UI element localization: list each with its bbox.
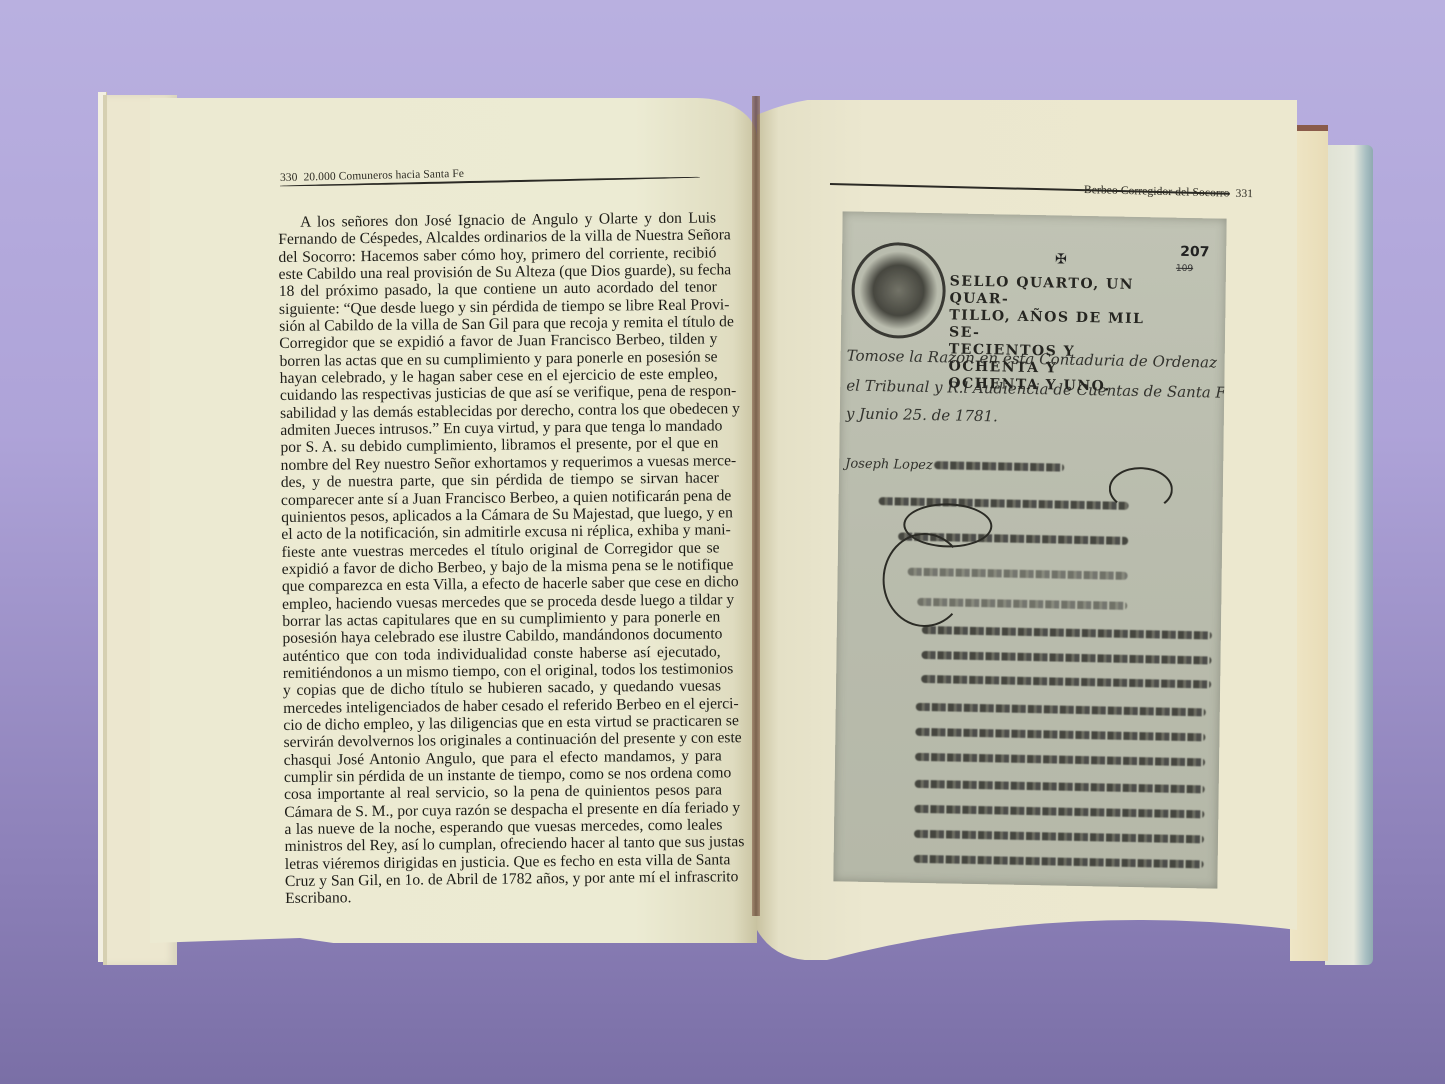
handwritten-signature: Joseph Lopez (845, 456, 933, 473)
folio-number: 207 (1180, 244, 1209, 261)
struck-line (934, 461, 1064, 471)
struck-line (921, 675, 1211, 689)
handwritten-line: y Junio 25. de 1781. (846, 404, 998, 425)
struck-line (915, 728, 1205, 742)
struck-line (921, 651, 1211, 665)
seal-text-line: SELLO QUARTO, UN QUAR- (949, 273, 1169, 311)
manuscript-facsimile-plate: ✠ 207 109 SELLO QUARTO, UN QUAR- TILLO, … (833, 211, 1226, 888)
struck-line (914, 855, 1204, 869)
seal-text-line: TILLO, AÑOS DE MIL SE- (949, 307, 1169, 345)
struck-line (922, 626, 1212, 640)
left-body-text: A los señores don José Ignacio de Angulo… (278, 209, 723, 907)
open-book: 330 20.000 Comuneros hacia Santa Fe A lo… (0, 0, 1445, 1084)
book-gutter (752, 96, 760, 916)
cover-board-right (1325, 145, 1373, 965)
royal-seal-stamp-icon (851, 242, 946, 340)
struck-line (915, 753, 1205, 767)
handwritten-line: el Tribunal y R.l Audiencia de Cuentas d… (846, 376, 1226, 401)
cross-icon: ✠ (1055, 251, 1067, 268)
signature-flourish-icon (1109, 467, 1174, 512)
struck-line (916, 703, 1206, 717)
struck-line (915, 780, 1205, 794)
folio-number-crossed: 109 (1176, 264, 1193, 274)
signature-flourish-icon (882, 532, 967, 628)
struck-line (879, 497, 1129, 510)
struck-line (914, 805, 1204, 819)
left-page-number: 330 (280, 172, 298, 184)
right-page-number: 331 (1235, 188, 1253, 200)
struck-line (914, 830, 1204, 844)
